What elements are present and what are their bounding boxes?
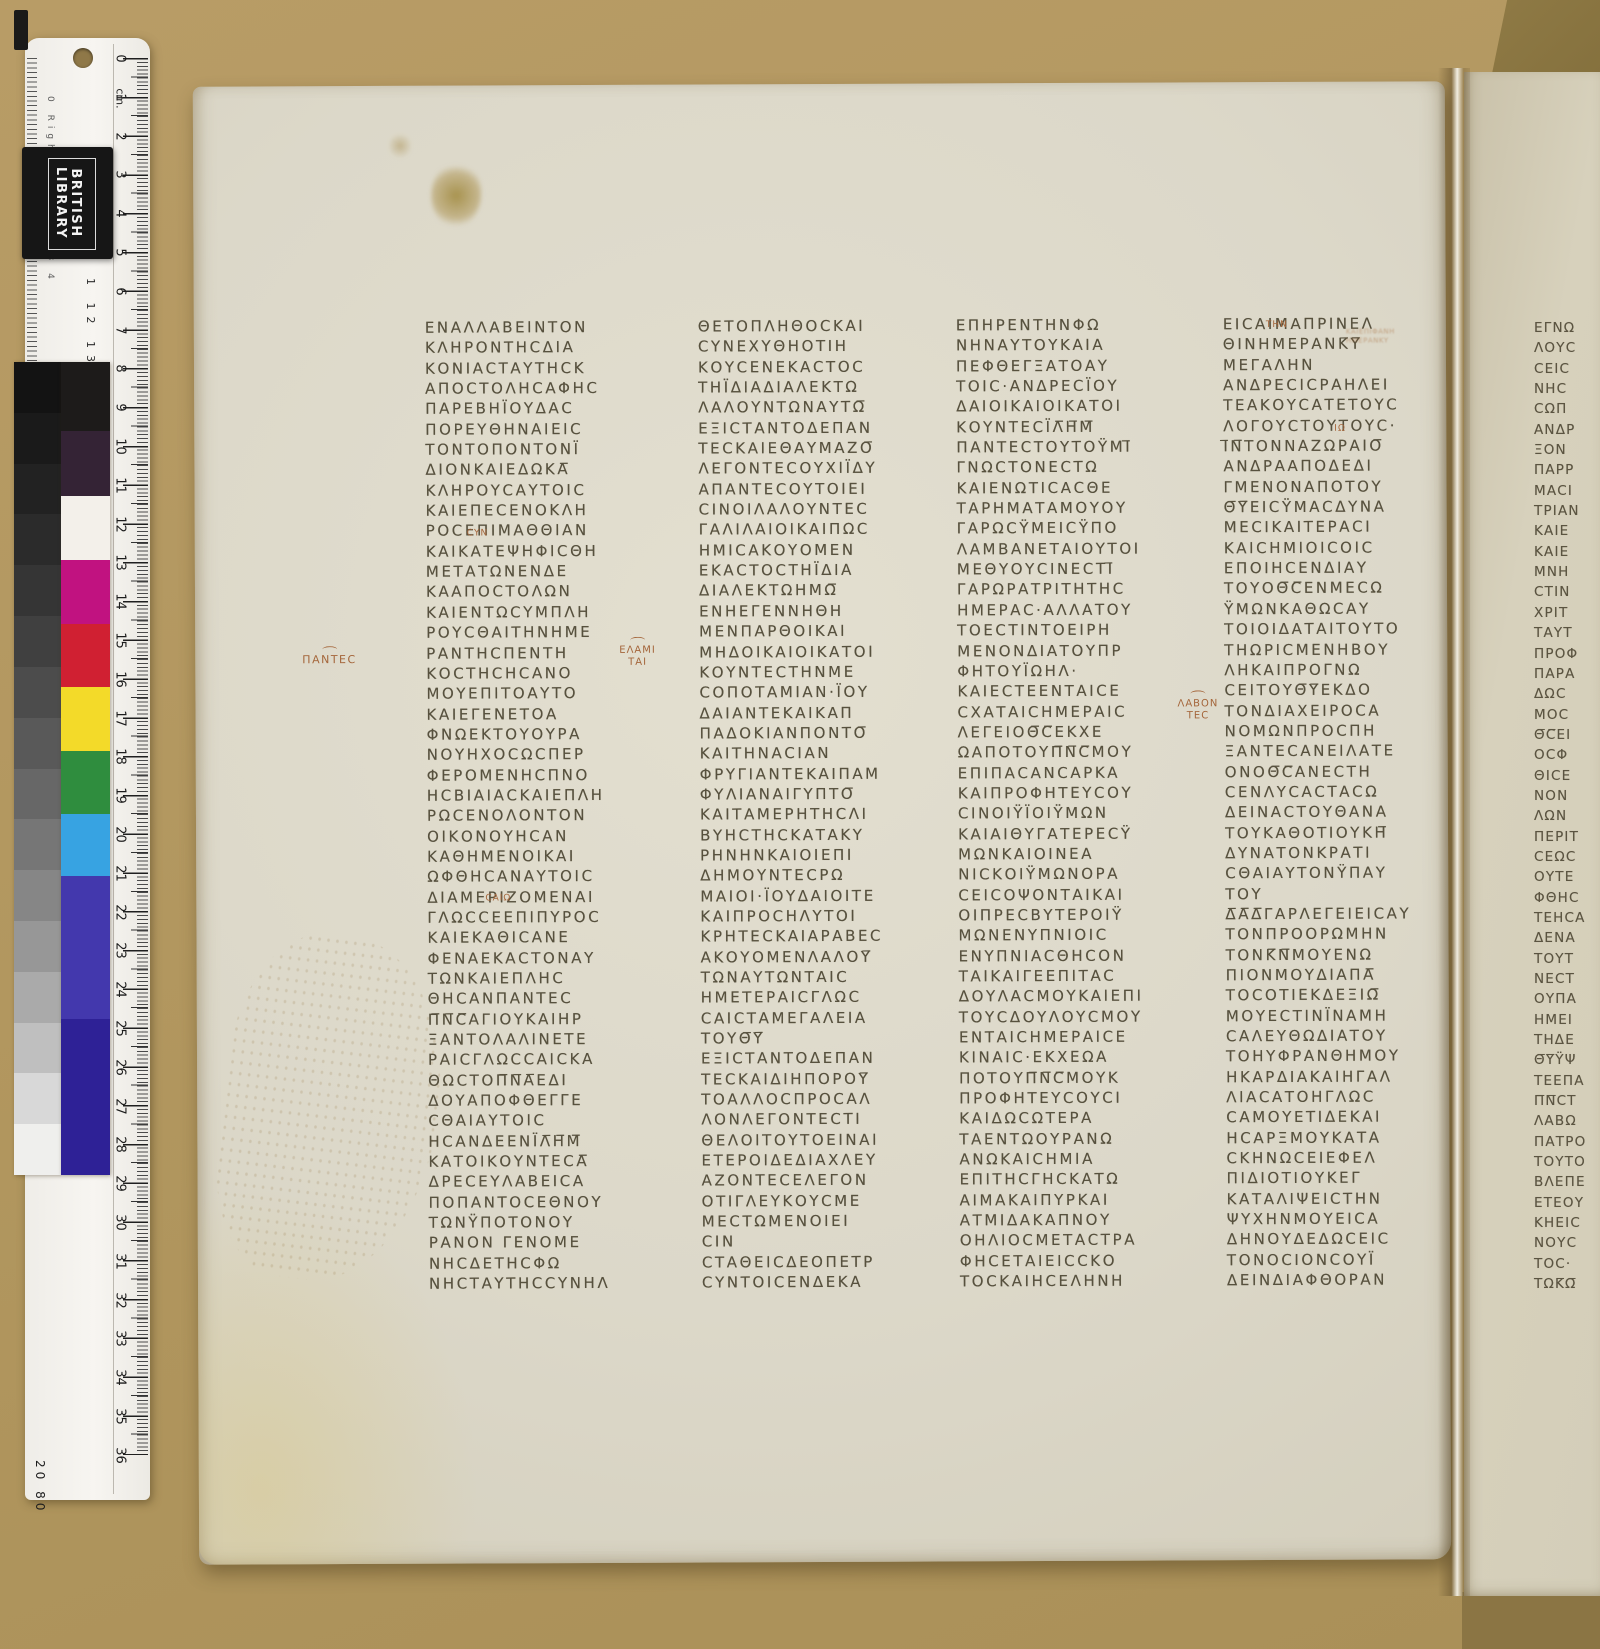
text-line: ΓΑΡΩϹΫΜΕΙϹΫΠΟ [957, 518, 1175, 539]
grayscale-step [14, 514, 61, 565]
text-line: ΚΡΗΤΕϹΚΑΙΑΡΑΒΕϹ [700, 926, 918, 947]
text-line: ΚΗΕΙϹ [1534, 1213, 1600, 1233]
text-line: ΜΕϹΙΚΑΙΤΕΡΑϹΙ [1224, 517, 1442, 538]
ruler-number: 28 [113, 1134, 128, 1156]
text-line: ΜΕϹΤΩΜΕΝΟΙΕΙ [702, 1211, 920, 1232]
ruler-number: 7 [113, 319, 128, 341]
text-line: ΦΗϹΕΤΑΙΕΙϹϹΚΟ [960, 1250, 1178, 1271]
text-line: ΦΝΩΕΚΤΟΥΟΥΡΑ [427, 724, 645, 745]
text-line: ΤΟΙϹ·ΑΝΔΡΕϹΪΟΥ [956, 375, 1174, 396]
text-line: ΤΟΥΟΘ̅Ϲ̅ΕΝΜΕϹΩ [1224, 578, 1442, 599]
ruler-number: 32 [113, 1289, 128, 1311]
text-line: ΘΗϹΑΝΠΑΝΤΕϹ [428, 988, 646, 1009]
text-line: ΡΑΝΟΝ ΓΕΝΟΜΕ [429, 1232, 647, 1253]
color-patch [61, 814, 110, 876]
text-line: ΚΑΙΠΡΟΦΗΤΕΥϹΟΥ [958, 782, 1176, 803]
grayscale-step [14, 616, 61, 667]
text-column-4: ΕΙϹΑΙΜΑΠΡΙΝΕΛΘΙΝΗΜΕΡΑΝΚ̅Υ̅ΜΕΓΑΛΗΝΑΝΔΡΕϹΙ… [1223, 313, 1445, 1290]
text-line: ΔΙΑΜΕΡΙΖΟΜΕΝΑΙ [427, 886, 645, 907]
grayscale-step [14, 1073, 61, 1124]
text-line: Θ̅Υ̅ΫΨ [1534, 1050, 1600, 1070]
grayscale-step [14, 1023, 61, 1074]
text-line: ϹΑΜΟΥΕΤΙΔΕΚΑΙ [1226, 1107, 1444, 1128]
text-line: ΔΗΜΟΥΝΤΕϹΡΩ [700, 865, 918, 886]
text-line: ΔΟΥΛΑϹΜΟΥΚΑΙΕΠΙ [959, 986, 1177, 1007]
text-line: ΚΑΙΕ [1534, 542, 1600, 562]
ruler-number: 33 [113, 1328, 128, 1350]
text-line: ΟΥΤΕ [1534, 867, 1600, 887]
interlinear-correction: ΤΗΝ [1266, 320, 1288, 330]
text-line: ΠΑΤΡΟ [1534, 1132, 1600, 1152]
parchment-stain [431, 163, 481, 227]
text-line: ΤΟΥΤΟ [1534, 1152, 1600, 1172]
text-column-3: ΕΠΗΡΕΝΤΗΝΦΩΝΗΝΑΥΤΟΥΚΑΙΑΠΕΦΘΕΓΞΑΤΟΑΥΤΟΙϹ·… [956, 314, 1178, 1291]
text-line: ΦΕΡΟΜΕΝΗϹΠΝΟ [427, 764, 645, 785]
text-line: ΕΚΑϹΤΟϹΤΗΪΔΙΑ [699, 560, 917, 581]
ruler-number: 9 [113, 397, 128, 419]
text-line: ΤΟΥΘ̅Υ̅ [701, 1028, 919, 1049]
text-line: ϹΕΙϹ [1534, 359, 1600, 379]
text-line: ΠΡΟΦΗΤΕΥϹΟΥϹΙ [959, 1088, 1177, 1109]
parchment-stain-small [389, 132, 411, 160]
text-line: ϹΥΝΕΧΥΘΗΟΤΙΗ [698, 336, 916, 357]
text-line: ΚΑΙΠΡΟϹΗΛΥΤΟΙ [700, 906, 918, 927]
text-line: ΚΑΙΤΗΝΑϹΙΑΝ [700, 743, 918, 764]
text-line: ΠΕΡΙΤ [1534, 827, 1600, 847]
text-line: ΜΗΔΟΙΚΑΙΟΙΚΑΤΟΙ [699, 641, 917, 662]
grayscale-step [14, 362, 61, 413]
text-line: ΜΩΝΕΝΥΠΝΙΟΙϹ [958, 925, 1176, 946]
text-line: ΤΟΥϹΔΟΥΛΟΥϹΜΟΥ [959, 1006, 1177, 1027]
color-patch [61, 560, 110, 624]
text-line: ΤΕϹΚΑΙΔΙΗΠΟΡΟΥ̅ [701, 1068, 919, 1089]
text-line: ϹΕΙϹΟΨΟΝΤΑΙΚΑΙ [958, 884, 1176, 905]
text-line: ΚΟΥϹΕΝΕΚΑϹΤΟϹ [698, 356, 916, 377]
text-line: ΞΑΝΤΕϹΑΝΕΙΛΑΤΕ [1225, 741, 1443, 762]
text-line: ϹΕΩϹ [1534, 847, 1600, 867]
ruler-number: 12 [113, 513, 128, 535]
text-line: ΟΥΠΑ [1534, 989, 1600, 1009]
text-line: ΝΗΝΑΥΤΟΥΚΑΙΑ [956, 335, 1174, 356]
text-line: ΡΑΙϹΓΛΩϹϹΑΙϹΚΑ [428, 1049, 646, 1070]
ruler-bottom-code: 20 80 [33, 1460, 47, 1514]
text-line: ΕΝΗΕΓΕΝΝΗΘΗ [699, 600, 917, 621]
text-line: ΑΤΜΙΔΑΚΑΠΝΟΥ [960, 1210, 1178, 1231]
text-line: ΤΑΙΚΑΙΓΕΕΠΙΤΑϹ [959, 965, 1177, 986]
text-line: ΠΡΟΦ [1534, 644, 1600, 664]
text-line: ΚΑΤΟΙΚΟΥΝΤΕϹΑ̅ [428, 1151, 646, 1172]
text-line: ϹΑΙϹΤΑΜΕΓΑΛΕΙΑ [701, 1007, 919, 1028]
text-line: ΤΕϹΚΑΙΕΘΑΥΜΑΖΟ̅ [698, 438, 916, 459]
text-line: ΜΝΗ [1534, 562, 1600, 582]
text-line: ΓΜΕΝΟΝΑΠΟΤΟΥ [1223, 476, 1441, 497]
text-line: ΜΕΝΠΑΡΘΟΙΚΑΙ [699, 621, 917, 642]
text-line: ΤΗΔΕ [1534, 1030, 1600, 1050]
grayscale-step [14, 769, 61, 820]
grayscale-strip [14, 362, 61, 1175]
ruler-number: 31 [113, 1250, 128, 1272]
text-line: ΛΑΜΒΑΝΕΤΑΙΟΥΤΟΙ [957, 538, 1175, 559]
text-column-2: ΘΕΤΟΠΛΗΘΟϹΚΑΙϹΥΝΕΧΥΘΗΟΤΙΗΚΟΥϹΕΝΕΚΑϹΤΟϹΤΗ… [698, 316, 920, 1293]
text-line: ΛΩΝ [1534, 806, 1600, 826]
facing-page-edge: ΕΓΝΩΛΟΥϹϹΕΙϹΝΗϹϹΩΠΑΝΔΡΞΟΝΠΑΡΡΜΑϹΙΤΡΙΑΝΚΑ… [1464, 72, 1600, 1596]
text-line: ΤΟΝΤΟΠΟΝΤΟΝΪ [425, 439, 643, 460]
text-line: ΤΟΥΤ [1534, 949, 1600, 969]
grayscale-step [14, 667, 61, 718]
text-line: ΝΗϹΔΕΤΗϹΦΩ [429, 1253, 647, 1274]
text-line: ϹΤΙΝ [1534, 582, 1600, 602]
text-line: ΠΑΝΤΕϹΤΟΥΤΟΫΜΙ̅ [956, 437, 1174, 458]
grayscale-step [14, 921, 61, 972]
text-line: ΕΠΟΙΗϹΕΝΔΙΑΥ [1224, 557, 1442, 578]
text-line: ΛΑΛΟΥΝΤΩΝΑΥΤΩ̅ [698, 397, 916, 418]
text-line: ϹΕΝΛΥϹΑϹΤΑϹΩ [1225, 781, 1443, 802]
text-line: ΡΗΝΗΝΚΑΙΟΙΕΠΙ [700, 845, 918, 866]
text-line: ΤΩΝΚΑΙΕΠΛΗϹ [428, 968, 646, 989]
manuscript-page: ΕΝΑΛΛΑΒΕΙΝΤΟΝΚΛΗΡΟΝΤΗϹΔΙΑΚΟΝΙΑϹΤΑΥΤΗϹΚΑΠ… [193, 81, 1451, 1564]
text-line: ΝΗϹ [1534, 379, 1600, 399]
grayscale-step [14, 718, 61, 769]
text-line: ΝΟΜΩΝΠΡΟϹΠΗ [1225, 720, 1443, 741]
text-line: ΓΛΩϹϹΕΕΠΙΠΥΡΟϹ [427, 907, 645, 928]
text-line: ΦΥΛΙΑΝΑΙΓΥΠΤΟ̅ [700, 783, 918, 804]
text-line: ΓΝΩϹΤΟΝΕϹΤΩ [956, 457, 1174, 478]
page-fold-gutter [1438, 68, 1470, 1596]
text-line: ΕΤΕΡΟΙΔΕΔΙΑΧΛΕΥ [701, 1150, 919, 1171]
text-line: ϹΧΑΤΑΙϹΗΜΕΡΑΙϹ [957, 701, 1175, 722]
text-line: ΘΙΝΗΜΕΡΑΝΚ̅Υ̅ [1223, 334, 1441, 355]
text-line: ΔΡΕϹΕΥΛΑΒΕΙϹΑ [429, 1171, 647, 1192]
text-line: ΝΕϹΤ [1534, 969, 1600, 989]
text-line: ΚΟΝΙΑϹΤΑΥΤΗϹΚ [425, 357, 643, 378]
text-line: ΗϹΑΡΞΜΟΥΚΑΤΑ [1226, 1127, 1444, 1148]
text-line: ΩΦΘΗϹΑΝΑΥΤΟΙϹ [427, 866, 645, 887]
text-line: ΝΟΥΗΧΟϹΩϹΠΕΡ [427, 744, 645, 765]
correction-squiggle [322, 646, 337, 653]
color-patch [61, 1019, 110, 1175]
text-line: ΛΟΝΛΕΓΟΝΤΕϹΤΙ [701, 1109, 919, 1130]
text-line: ΝΙϹΚΟΙΫΜΩΝΟΡΑ [958, 864, 1176, 885]
text-line: ϹΚΗΝΩϹΕΙΕΦΕΛ [1226, 1147, 1444, 1168]
text-line: ΚΟϹΤΗϹΗϹΑΝΟ [426, 663, 644, 684]
text-line: ΜΑΙΟΙ·ΪΟΥΔΑΙΟΙΤΕ [700, 885, 918, 906]
text-line: ΠΑΡΕΒΗΪΟΥΔΑϹ [425, 398, 643, 419]
text-line: ϹΘΑΙΑΥΤΟΙϹ [428, 1110, 646, 1131]
margin-note-faded: ΚΑΙΕΠΙΦΑΝΗ ΗΜΕΡΑΝΚΥ [1346, 327, 1395, 345]
text-line: ΕΓΝΩ [1534, 318, 1600, 338]
text-line: ΦΘΗϹ [1534, 888, 1600, 908]
ruler-number: 4 [113, 203, 128, 225]
text-line: ΕΙϹΑΙΜΑΠΡΙΝΕΛ [1223, 313, 1441, 334]
text-line: ΤΟϹ· [1534, 1254, 1600, 1274]
text-line: ΑΝΔΡ [1534, 420, 1600, 440]
text-line: ΚΑΙΤΑΜΕΡΗΤΗϹΛΙ [700, 804, 918, 825]
text-line: ΚΑΘΗΜΕΝΟΙΚΑΙ [427, 846, 645, 867]
text-line: Θ̅Ϲ̅ΕΙ [1534, 725, 1600, 745]
text-line: ΤΩΝΑΥΤΩΝΤΑΙϹ [701, 967, 919, 988]
text-line: ΚΙΝΑΙϹ·ΕΚΧΕΩΑ [959, 1047, 1177, 1068]
text-line: ΑΙΜΑΚΑΙΠΥΡΚΑΙ [960, 1189, 1178, 1210]
text-line: ΠΟΡΕΥΘΗΝΑΙΕΙϹ [425, 418, 643, 439]
text-line: Π̅Ν̅ϹΤ [1534, 1091, 1600, 1111]
text-line: ϹΩΠ [1534, 399, 1600, 419]
text-line: ΒΥΗϹΤΗϹΚΑΤΑΚΥ [700, 824, 918, 845]
text-line: ΠΑΔΟΚΙΑΝΠΟΝΤΟ̅ [700, 722, 918, 743]
text-line: ΔΗΝΟΥΔΕΔΩϹΕΙϹ [1227, 1229, 1445, 1250]
text-line: ΚΑΙΕϹΤΕΕΝΤΑΙϹΕ [957, 681, 1175, 702]
text-line: ΚΑΙΔΩϹΩΤΕΡΑ [959, 1108, 1177, 1129]
text-line: ΚΑΙΕΠΕϹΕΝΟΚΛΗ [426, 500, 644, 521]
text-line: ΑΠΑΝΤΕϹΟΥΤΟΙΕΙ [698, 478, 916, 499]
grayscale-step [14, 870, 61, 921]
ruler-hole [73, 48, 93, 68]
text-line: ΤΑΥΤ [1534, 623, 1600, 643]
ruler-number: 35 [113, 1406, 128, 1428]
interlinear-correction: ΙΩ [1334, 424, 1346, 434]
text-line: ΔΕΙΝΔΙΑΦΘΟΡΑΝ [1227, 1269, 1445, 1290]
color-patch [61, 362, 110, 431]
text-line: ΔΙΑΛΕΚΤΩΗΜΩ̅ [699, 580, 917, 601]
text-line: ΕΝΥΠΝΙΑϹΘΗϹΟΝ [959, 945, 1177, 966]
ruler-number: 19 [113, 785, 128, 807]
text-line: ΡΟϹΕΠΙΜΑΘΘΙΑΝ [426, 520, 644, 541]
text-line: ΚΑΙΕΝΩΤΙϹΑϹΘΕ [956, 477, 1174, 498]
text-line: ΕΠΙΤΗϹΓΗϹΚΑΤΩ [960, 1169, 1178, 1190]
ruler-number: 14 [113, 591, 128, 613]
interlinear-correction: ϹΥΝ [467, 528, 489, 538]
ruler-number: 22 [113, 901, 128, 923]
text-line: ΝΟΥϹ [1534, 1233, 1600, 1253]
color-patch [61, 431, 110, 496]
text-line: ΟΙΠΡΕϹΒΥΤΕΡΟΙΫ [958, 904, 1176, 925]
text-line: ϹΙΝΟΙΫΪΟΙΫΜΩΝ [958, 803, 1176, 824]
text-line: ΤΟΗΥΦΡΑΝΘΗΜΟΥ [1226, 1046, 1444, 1067]
color-patch [61, 687, 110, 751]
text-line: ΚΑΙΑΙΘΥΓΑΤΕΡΕϹΫ [958, 823, 1176, 844]
text-line: ΜΩΝΚΑΙΟΙΝΕΑ [958, 843, 1176, 864]
text-line: ΤΕΗϹΑ [1534, 908, 1600, 928]
facing-page-column: ΕΓΝΩΛΟΥϹϹΕΙϹΝΗϹϹΩΠΑΝΔΡΞΟΝΠΑΡΡΜΑϹΙΤΡΙΑΝΚΑ… [1534, 318, 1600, 1295]
text-line: ΑΝΩΚΑΙϹΗΜΙΑ [959, 1149, 1177, 1170]
ruler-number: 23 [113, 940, 128, 962]
text-line: ΕΠΙΠΑϹΑΝϹΑΡΚΑ [958, 762, 1176, 783]
text-line: ΜΕΝΟΝΔΙΑΤΟΥΠΡ [957, 640, 1175, 661]
text-line: ΤΟΥΚΑΘΟΤΙΟΥΚΗ̅ [1225, 822, 1443, 843]
grayscale-step [14, 413, 61, 464]
grayscale-step [14, 1124, 61, 1175]
british-library-label: BRITISH LIBRARY [22, 147, 113, 259]
text-line: ΜΕΤΑΤΩΝΕΝΔΕ [426, 561, 644, 582]
text-line: ΨΥΧΗΝΜΟΥΕΙϹΑ [1227, 1208, 1445, 1229]
text-line: ΟΗΛΙΟϹΜΕΤΑϹΤΡΑ [960, 1230, 1178, 1251]
text-line: ΤΗΪΔΙΑΔΙΑΛΕΚΤΩ [698, 377, 916, 398]
text-line: ΟΝΟΘ̅Ϲ̅ΑΝΕϹΤΗ [1225, 761, 1443, 782]
text-line: Π̅Ν̅Ϲ̅ΑΓΙΟΥΚΑΙΗΡ [428, 1008, 646, 1029]
label-text: BRITISH LIBRARY [53, 167, 83, 239]
text-line: ΟϹΦ [1534, 745, 1600, 765]
ruler-number: 11 [113, 474, 128, 496]
margin-note-elamitai: ΕΛΑΜΙ ΤΑΙ [619, 637, 656, 669]
ruler-number: 21 [113, 862, 128, 884]
text-line: ΡΑΝΤΗϹΠΕΝΤΗ [426, 642, 644, 663]
text-line: ΑΝΔΡΑΑΠΟΔΕΔΙ [1223, 456, 1441, 477]
text-line: ΤΡΙΑΝ [1534, 501, 1600, 521]
text-line: ΔΑΙΟΙΚΑΙΟΙΚΑΤΟΙ [956, 396, 1174, 417]
grayscale-step [14, 464, 61, 515]
text-line: ΗΜΕΙ [1534, 1010, 1600, 1030]
ruler-number: 25 [113, 1018, 128, 1040]
text-line: ΞΑΝΤΟΛΑΛΙΝΕΤΕ [428, 1029, 646, 1050]
text-line: ΑΚΟΥΟΜΕΝΛΑΛΟΥ̅ [701, 946, 919, 967]
interlinear-correction: ϹΑΙΩ [485, 893, 511, 903]
text-line: ΚΑΤΑΛΙΨΕΙϹΤΗΝ [1227, 1188, 1445, 1209]
text-line: ΕΝΑΛΛΑΒΕΙΝΤΟΝ [425, 317, 643, 338]
text-line: ϹΕΙΤΟΥΘ̅Υ̅ΕΚΔΟ [1224, 679, 1442, 700]
text-line: ΗΜΕΡΑϹ·ΑΛΛΑΤΟΥ [957, 599, 1175, 620]
margin-note-pantes: ΠΑΝΤΕϹ [302, 646, 356, 666]
ruler-number: 0 [113, 48, 128, 70]
text-line: ΟΙΚΟΝΟΥΗϹΑΝ [427, 825, 645, 846]
text-line: Θ̅Υ̅ΕΙϹΫΜΑϹΔΥΝΑ [1224, 496, 1442, 517]
text-line: ϹΘΑΙΑΥΤΟΝΫΠΑΥ [1225, 863, 1443, 884]
text-line: ΚΛΗΡΟΥϹΑΥΤΟΙϹ [426, 480, 644, 501]
grayscale-step [14, 972, 61, 1023]
text-line: ΔΕΝΑ [1534, 928, 1600, 948]
text-line: ΩΑΠΟΤΟΥΠ̅Ν̅Ϲ̅ΜΟΥ [958, 742, 1176, 763]
text-line: Δ̅Α̅Δ̅ΓΑΡΛΕΓΕΙΕΙϹΑΥ [1225, 903, 1443, 924]
color-patch [61, 624, 110, 687]
margin-note-labontes: ΛΑΒΟΝ ΤΕϹ [1177, 690, 1218, 722]
text-line: ΗΜΙϹΑΚΟΥΟΜΕΝ [699, 539, 917, 560]
ruler-number: 26 [113, 1056, 128, 1078]
text-line: ΠΙΔΙΟΤΙΟΥΚΕΓ [1227, 1168, 1445, 1189]
ruler-number: 3 [113, 164, 128, 186]
ruler-number: 24 [113, 979, 128, 1001]
ruler-number: 8 [113, 358, 128, 380]
text-line: ΕΠΗΡΕΝΤΗΝΦΩ [956, 314, 1174, 335]
text-line: ΛΟΓΟΥϹΤΟΥΤΟΥϹ· [1223, 415, 1441, 436]
text-line: ΠΟΤΟΥΠ̅Ν̅Ϲ̅ΜΟΥΚ [959, 1067, 1177, 1088]
text-line: ΗϹΑΝΔΕΕΝΪΛ̅Η̅Μ̅ [428, 1131, 646, 1152]
text-line: ΠΑΡΡ [1534, 460, 1600, 480]
text-line: ΤΟΥ [1225, 883, 1443, 904]
text-line: ΗΜΕΤΕΡΑΙϹΓΛΩϹ [701, 987, 919, 1008]
text-line: ΓΑΡΩΡΑΤΡΙΤΗΤΗϹ [957, 579, 1175, 600]
color-patch [61, 876, 110, 1019]
text-line: ΚΑΙΚΑΤΕΨΗΦΙϹΘΗ [426, 541, 644, 562]
text-line: ΦΡΥΓΙΑΝΤΕΚΑΙΠΑΜ [700, 763, 918, 784]
table-surface-dark-corner-bottom [1462, 1592, 1600, 1649]
text-line: ΗΚΑΡΔΙΑΚΑΙΗΓΑΛ [1226, 1066, 1444, 1087]
text-line: ΜΟΥΕΠΙΤΟΑΥΤΟ [426, 683, 644, 704]
text-line: ΚΟΥΝΤΕϹΤΗΝΜΕ [699, 661, 917, 682]
text-line: ΘΙϹΕ [1534, 766, 1600, 786]
text-line: ΚΛΗΡΟΝΤΗϹΔΙΑ [425, 337, 643, 358]
text-line: ΜΑϹΙ [1534, 481, 1600, 501]
text-line: ΤΟΝΚ̅Ν̅ΜΟΥΕΝΩ [1226, 944, 1444, 965]
text-line: ΕΞΙϹΤΑΝΤΟΔΕΠΑΝ [698, 417, 916, 438]
text-line: ΝΗϹΤΑΥΤΗϹϹΥΝΗΛ [429, 1273, 647, 1294]
text-column-1: ΕΝΑΛΛΑΒΕΙΝΤΟΝΚΛΗΡΟΝΤΗϹΔΙΑΚΟΝΙΑϹΤΑΥΤΗϹΚΑΠ… [425, 317, 647, 1294]
text-line: ΠΙΟΝΜΟΥΔΙΑΠΑ̅ [1226, 964, 1444, 985]
grayscale-step [14, 819, 61, 870]
text-line: ϹΑΛΕΥΘΩΔΙΑΤΟΥ [1226, 1025, 1444, 1046]
text-line: ΟΤΙΓΛΕΥΚΟΥϹΜΕ [702, 1190, 920, 1211]
text-line: ΚΑΙΕΝΤΩϹΥΜΠΛΗ [426, 602, 644, 623]
ruler-number: 6 [113, 280, 128, 302]
text-line: ΤΕΑΚΟΥϹΑΤΕΤΟΥϹ [1223, 395, 1441, 416]
text-line: ΕΤΕΟΥ [1534, 1193, 1600, 1213]
ruler-unit-label: cm. [114, 88, 127, 110]
text-line: ΡΩϹΕΝΟΛΟΝΤΟΝ [427, 805, 645, 826]
text-line: ΜΕΓΑΛΗΝ [1223, 354, 1441, 375]
text-line: ΛΑΒΩ [1534, 1111, 1600, 1131]
ruler-number: 20 [113, 824, 128, 846]
ruler-number: 15 [113, 630, 128, 652]
text-line: ΞΟΝ [1534, 440, 1600, 460]
text-line: ΤΩΚ̅Ω̅ [1534, 1274, 1600, 1294]
text-line: ΦΗΤΟΥΪΩΗΛ· [957, 660, 1175, 681]
text-line: ΔΙΟΝΚΑΙΕΔΩΚΑ̅ [425, 459, 643, 480]
text-line: ΘΩϹΤΟΠ̅Ν̅Α̅ΕΔΙ [428, 1069, 646, 1090]
text-line: ΒΛΕΠΕ [1534, 1172, 1600, 1192]
text-line: ΤΕΕΠΑ [1534, 1071, 1600, 1091]
color-patch [61, 496, 110, 560]
ruler-number: 30 [113, 1212, 128, 1234]
text-line: ΧΡΙΤ [1534, 603, 1600, 623]
text-line: ϹΟΠΟΤΑΜΙΑΝ·ΪΟΥ [699, 682, 917, 703]
text-line: ΜΟϹ [1534, 705, 1600, 725]
text-line: ΛΟΥϹ [1534, 338, 1600, 358]
text-line: ΦΕΝΑΕΚΑϹΤΟΝΑΥ [428, 947, 646, 968]
ruler-number: 36 [113, 1444, 128, 1466]
chart-top-edge [14, 10, 28, 50]
text-line: ΔΟΥΑΠΟΦΘΕΓΓΕ [428, 1090, 646, 1111]
text-line: ΑΠΟϹΤΟΛΗϹΑΦΗϹ [425, 378, 643, 399]
ruler-number: 16 [113, 668, 128, 690]
text-line: ΔΑΙΑΝΤΕΚΑΙΚΑΠ [699, 702, 917, 723]
text-line: ΚΑΙϹΗΜΙΟΙϹΟΙϹ [1224, 537, 1442, 558]
text-line: ΓΑΛΙΛΑΙΟΙΚΑΙΠΩϹ [699, 519, 917, 540]
text-line: ϹΙΝΟΙΛΑΛΟΥΝΤΕϹ [699, 499, 917, 520]
text-line: ΛΙΑϹΑΤΟΗΓΛΩϹ [1226, 1086, 1444, 1107]
text-line: ΔΩϹ [1534, 684, 1600, 704]
text-line: ΘΕΤΟΠΛΗΘΟϹΚΑΙ [698, 316, 916, 337]
grayscale-step [14, 565, 61, 616]
color-patch [61, 751, 110, 814]
ruler-number: 29 [113, 1173, 128, 1195]
text-line: ΤΟΝΟϹΙΟΝϹΟΥΪ [1227, 1249, 1445, 1270]
text-line: ΠΟΠΑΝΤΟϹΕΘΝΟΥ [429, 1192, 647, 1213]
correction-squiggle [630, 637, 645, 644]
text-line: ΤΟϹΟΤΙΕΚΔΕΞΙΩ̅ [1226, 985, 1444, 1006]
color-patch-strip [61, 362, 110, 1175]
text-line: ΕΞΙϹΤΑΝΤΟΔΕΠΑΝ [701, 1048, 919, 1069]
text-line: ΫΜΩΝΚΑΘΩϹΑΥ [1224, 598, 1442, 619]
ruler-number: 2 [113, 125, 128, 147]
text-line: ΑΝΔΡΕϹΙϹΡΑΗΛΕΙ [1223, 374, 1441, 395]
text-line: ΗϹΒΙΑΙΑϹΚΑΙΕΠΛΗ [427, 785, 645, 806]
text-line: ΤΟΕϹΤΙΝΤΟΕΙΡΗ [957, 620, 1175, 641]
text-line: ΤΑΕΝΤΩΟΥΡΑΝΩ [959, 1128, 1177, 1149]
ruler-cm-scale-numbers: 0123456789101112131415161718192021222324… [109, 58, 131, 1455]
text-line: ΘΕΛΟΙΤΟΥΤΟΕΙΝΑΙ [701, 1129, 919, 1150]
correction-squiggle [1190, 690, 1205, 697]
text-line: ΔΕΙΝΑϹΤΟΥΘΑΝΑ [1225, 802, 1443, 823]
text-line: ΤΟϹΚΑΙΗϹΕΛΗΝΗ [960, 1271, 1178, 1292]
text-line: ΚΑΙΕ [1534, 521, 1600, 541]
text-line: ΤΟΝΠΡΟΟΡΩΜΗΝ [1225, 924, 1443, 945]
